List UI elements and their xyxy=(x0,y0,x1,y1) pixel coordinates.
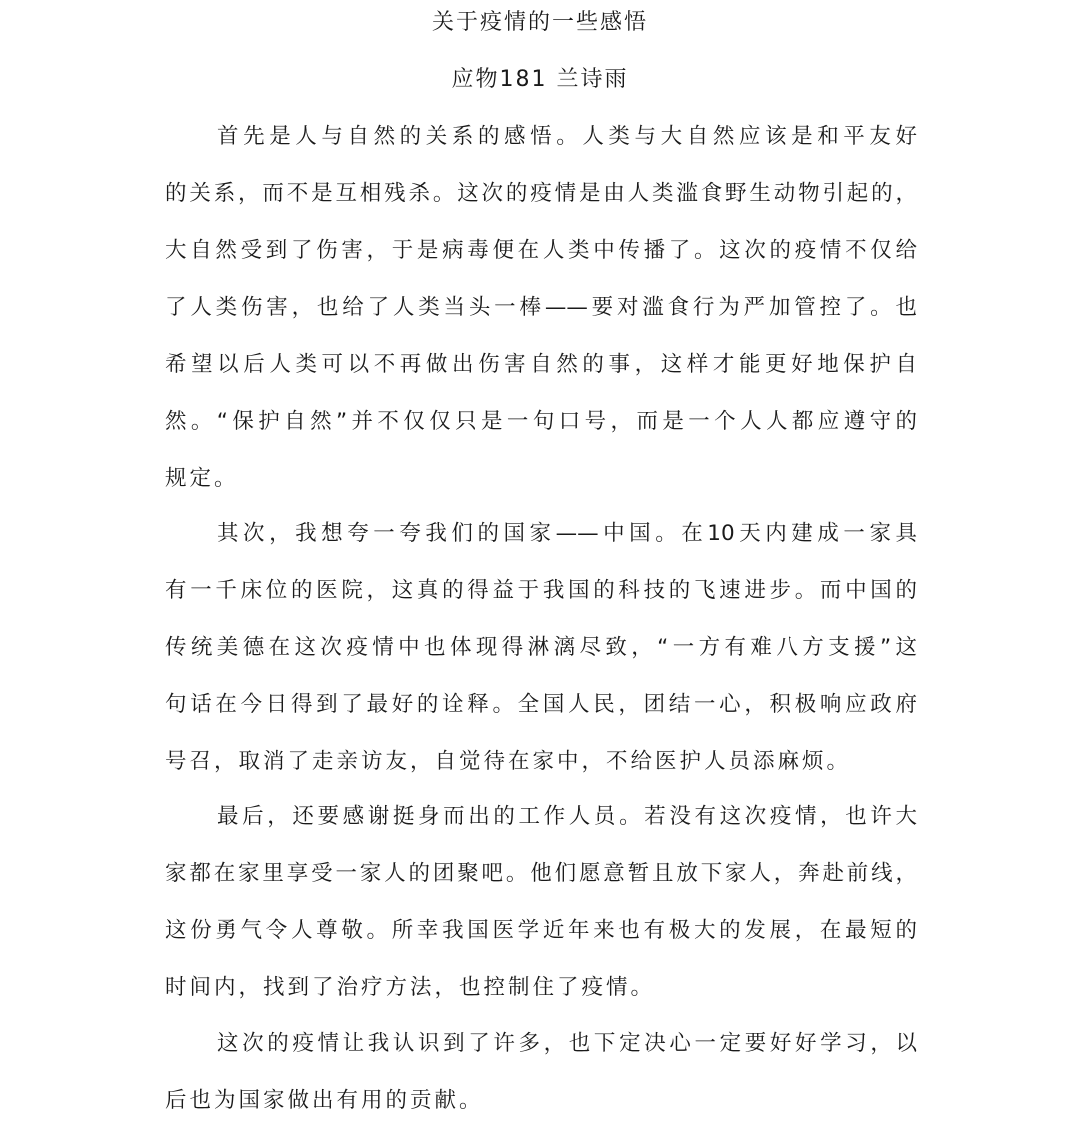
paragraph-line: 句话在今日得到了最好的诠释。全国人民，团结一心，积极响应政府 xyxy=(165,688,917,722)
paragraph-line: 了人类伤害，也给了人类当头一棒——要对滥食行为严加管控了。也 xyxy=(165,291,917,325)
document-author: 应物181 兰诗雨 xyxy=(0,63,1080,97)
paragraph-line: 的关系，而不是互相残杀。这次的疫情是由人类滥食野生动物引起的， xyxy=(165,177,917,211)
paragraph-line: 大自然受到了伤害，于是病毒便在人类中传播了。这次的疫情不仅给 xyxy=(165,234,917,268)
paragraph-line: 希望以后人类可以不再做出伤害自然的事，这样才能更好地保护自 xyxy=(165,348,917,382)
paragraph-line: 其次，我想夸一夸我们的国家——中国。在10天内建成一家具 xyxy=(217,517,917,551)
paragraph-line: 这次的疫情让我认识到了许多，也下定决心一定要好好学习，以 xyxy=(217,1027,917,1061)
paragraph-line: 然。“保护自然”并不仅仅只是一句口号，而是一个人人都应遵守的 xyxy=(165,405,917,439)
paragraph-line: 最后，还要感谢挺身而出的工作人员。若没有这次疫情，也许大 xyxy=(217,800,917,834)
paragraph-line: 时间内，找到了治疗方法，也控制住了疫情。 xyxy=(165,971,917,1005)
paragraph-line: 这份勇气令人尊敬。所幸我国医学近年来也有极大的发展，在最短的 xyxy=(165,914,917,948)
paragraph-line: 后也为国家做出有用的贡献。 xyxy=(165,1084,917,1118)
paragraph-line: 传统美德在这次疫情中也体现得淋漓尽致，“一方有难八方支援”这 xyxy=(165,631,917,665)
document-page: 关于疫情的一些感悟 应物181 兰诗雨 首先是人与自然的关系的感悟。人类与大自然… xyxy=(0,0,1080,1134)
document-title: 关于疫情的一些感悟 xyxy=(0,6,1080,40)
paragraph-line: 号召，取消了走亲访友，自觉待在家中，不给医护人员添麻烦。 xyxy=(165,745,917,779)
paragraph-line: 首先是人与自然的关系的感悟。人类与大自然应该是和平友好 xyxy=(217,120,917,154)
paragraph-line: 规定。 xyxy=(165,462,917,496)
paragraph-line: 家都在家里享受一家人的团聚吧。他们愿意暂且放下家人，奔赴前线， xyxy=(165,857,917,891)
paragraph-line: 有一千床位的医院，这真的得益于我国的科技的飞速进步。而中国的 xyxy=(165,574,917,608)
